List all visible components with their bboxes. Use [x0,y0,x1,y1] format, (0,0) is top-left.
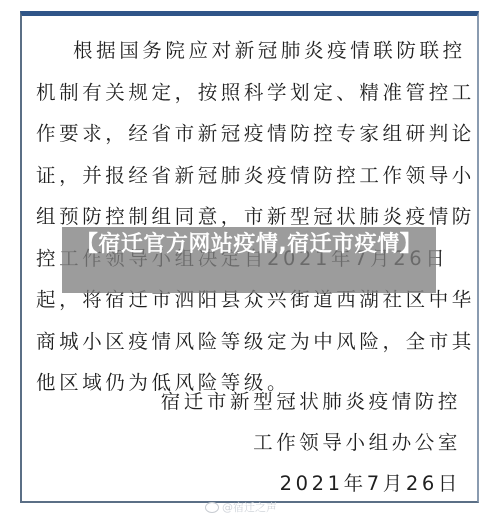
title-overlay: 【宿迁官方网站疫情,宿迁市疫情】 [62,227,436,293]
paragraph-line: 根据国务院应对新冠肺炎疫情联防联控 [36,30,462,72]
signature-date: 2021年7月26日 [161,463,461,504]
paragraph-line: 证，并报经省新冠肺炎疫情防控工作领导小 [36,155,462,197]
signature-org-line2: 工作领导小组办公室 [161,422,461,463]
paragraph-line: 商城小区疫情风险等级定为中风险，全市其 [36,321,462,363]
paragraph-line: 机制有关规定，按照科学划定、精准管控工 [36,72,462,114]
notice-body: 根据国务院应对新冠肺炎疫情联防联控 机制有关规定，按照科学划定、精准管控工 作要… [36,30,462,404]
paragraph-line: 作要求，经省市新冠疫情防控专家组研判论 [36,113,462,155]
signature-block: 宿迁市新型冠状肺炎疫情防控 工作领导小组办公室 2021年7月26日 [161,381,461,504]
overlay-title: 【宿迁官方网站疫情,宿迁市疫情】 [62,227,436,257]
weibo-icon [205,502,219,513]
signature-org-line1: 宿迁市新型冠状肺炎疫情防控 [161,381,461,422]
watermark: @宿迁之声 [205,499,277,515]
watermark-text: @宿迁之声 [222,499,277,515]
